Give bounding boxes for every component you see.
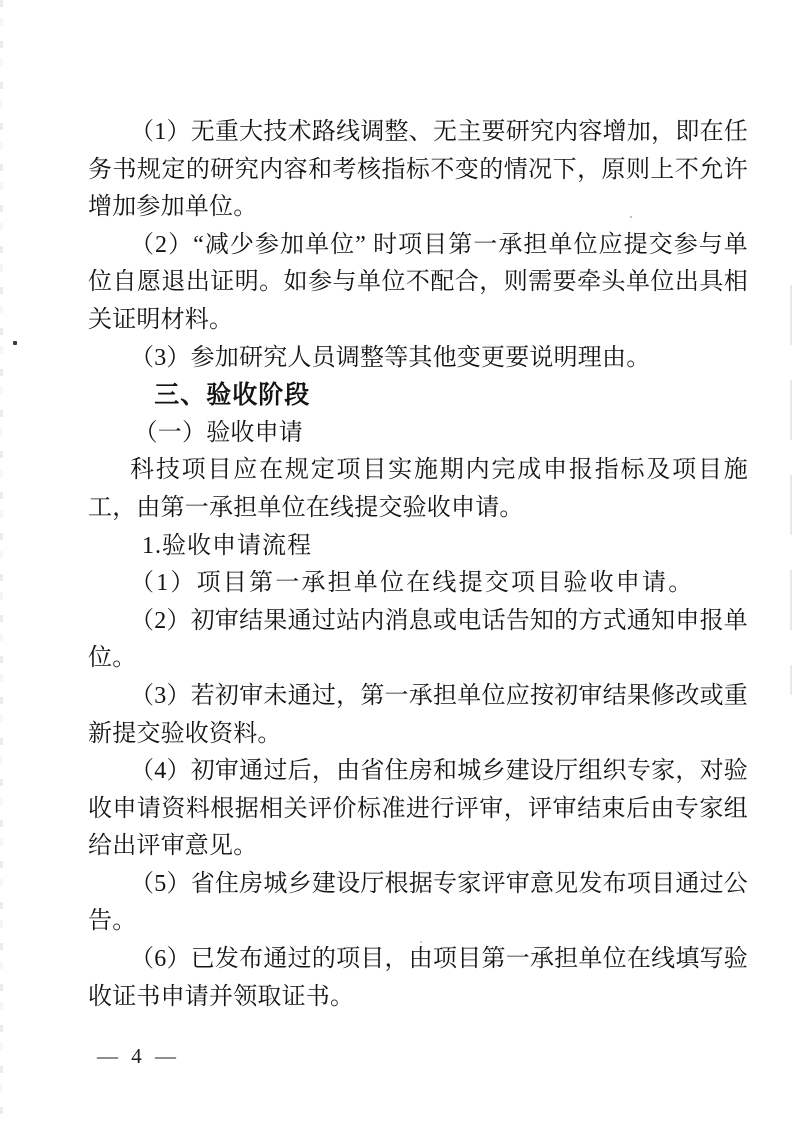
document-body: （1）无重大技术路线调整、无主要研究内容增加，即在任务书规定的研究内容和考核指标… — [88, 114, 748, 1016]
page-number: — 4 — — [97, 1044, 180, 1069]
document-line: （3）若初审未通过，第一承担单位应按初审结果修改或重 — [88, 678, 748, 716]
document-line: （5）省住房城乡建设厅根据专家评审意见发布项目通过公 — [88, 866, 748, 904]
document-line: 关证明材料。 — [88, 302, 748, 340]
document-line: 收证书申请并领取证书。 — [88, 979, 748, 1017]
document-line: （1）无重大技术路线调整、无主要研究内容增加，即在任 — [88, 114, 748, 152]
document-line: （4）初审通过后，由省住房和城乡建设厅组织专家，对验 — [88, 753, 748, 791]
scan-edge-artifact-left — [0, 0, 3, 1122]
document-line: 1.验收申请流程 — [88, 528, 748, 566]
scanned-document-page: （1）无重大技术路线调整、无主要研究内容增加，即在任务书规定的研究内容和考核指标… — [0, 0, 794, 1122]
document-line: （6）已发布通过的项目，由项目第一承担单位在线填写验 — [88, 941, 748, 979]
document-line: 收申请资料根据相关评价标准进行评审，评审结束后由专家组 — [88, 791, 748, 829]
document-line: 务书规定的研究内容和考核指标不变的情况下，原则上不允许 — [88, 152, 748, 190]
document-line: 告。 — [88, 903, 748, 941]
scan-edge-artifact-right — [790, 285, 792, 695]
document-line: 位自愿退出证明。如参与单位不配合，则需要牵头单位出具相 — [88, 264, 748, 302]
document-line: （3）参加研究人员调整等其他变更要说明理由。 — [88, 340, 748, 378]
document-line: 增加参加单位。 — [88, 189, 748, 227]
document-line: 位。 — [88, 640, 748, 678]
document-line: （2）初审结果通过站内消息或电话告知的方式通知申报单 — [88, 603, 748, 641]
document-line: （一）验收申请 — [88, 415, 748, 453]
document-line: 科技项目应在规定项目实施期内完成申报指标及项目施 — [88, 452, 748, 490]
document-line: （2）“减少参加单位” 时项目第一承担单位应提交参与单 — [88, 227, 748, 265]
document-line: 工，由第一承担单位在线提交验收申请。 — [88, 490, 748, 528]
section-heading: 三、验收阶段 — [88, 377, 748, 415]
scan-speck — [13, 341, 17, 345]
document-line: 给出评审意见。 — [88, 828, 748, 866]
document-line: （1）项目第一承担单位在线提交项目验收申请。 — [88, 565, 748, 603]
document-line: 新提交验收资料。 — [88, 716, 748, 754]
